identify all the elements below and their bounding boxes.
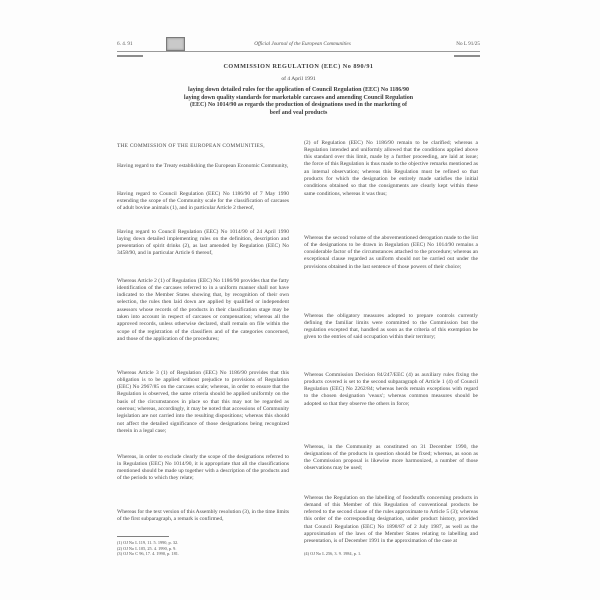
recital-paragraph: Whereas Commission Decision 84/247/EEC (… [304, 372, 478, 408]
page-number: No L 91/25 [456, 41, 480, 47]
recital-paragraph: Whereas Article 3 (1) of Regulation (EEC… [117, 370, 289, 436]
recital-paragraph: Whereas, in the Community as constituted… [304, 444, 478, 473]
journal-header: 6. 4. 91 Official Journal of the Europea… [117, 37, 480, 51]
subject-line: beef and veal products [117, 110, 480, 118]
journal-title: Official Journal of the European Communi… [187, 41, 418, 47]
recital-paragraph: Whereas the obligatory measures adopted … [304, 313, 478, 342]
subject-line: laying down detailed rules for the appli… [117, 87, 480, 95]
footnote: (3) OJ No C 96, 17. 4. 1990, p. 181. [117, 551, 289, 557]
scanned-document-page: 6. 4. 91 Official Journal of the Europea… [0, 0, 600, 600]
recital-paragraph: Whereas, in order to exclude clearly the… [117, 454, 289, 483]
footnote-rule [117, 536, 169, 537]
preamble-paragraph: Having regard to Council Regulation (EEC… [117, 191, 289, 213]
subject-line: (EEC) No 1014/90 as regards the producti… [117, 102, 480, 110]
recital-paragraph: Whereas for the text version of this Ass… [117, 509, 289, 524]
regulation-title: COMMISSION REGULATION (EEC) No 890/91 [117, 63, 480, 70]
regulation-subject: laying down detailed rules for the appli… [117, 87, 480, 117]
preamble-paragraph: Having regard to Council Regulation (EEC… [117, 229, 289, 258]
preamble-paragraph: Having regard to the Treaty establishing… [117, 163, 289, 170]
emblem-icon [166, 37, 185, 51]
footnotes-left: (1) OJ No L 119, 11. 5. 1990, p. 32. (2)… [117, 540, 289, 557]
header-rule [117, 51, 480, 52]
header-rule-segment-right [454, 55, 480, 57]
recital-paragraph: Whereas Article 2 (1) of Regulation (EEC… [117, 278, 289, 344]
footnote-right: (4) OJ No L 256, 3. 9. 1984, p. 1. [304, 551, 478, 556]
recital-paragraph: Whereas the second volume of the aboveme… [304, 235, 478, 271]
header-rule-segment-left [117, 55, 143, 57]
recital-paragraph: (2) of Regulation (EEC) No 1186/90 remai… [304, 140, 478, 198]
header-date: 6. 4. 91 [117, 41, 133, 47]
regulation-date: of 4 April 1991 [117, 76, 480, 82]
preamble-commission-line: THE COMMISSION OF THE EUROPEAN COMMUNITI… [117, 143, 289, 150]
recital-paragraph: Whereas the Regulation on the labelling … [304, 495, 478, 546]
